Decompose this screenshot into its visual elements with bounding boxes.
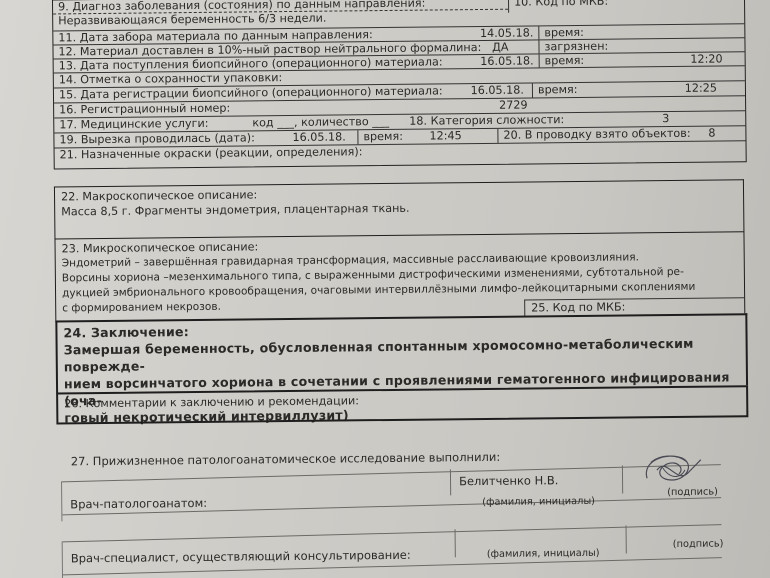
conclusion-section: 24. Заключение: Замершая беременность, о… [55,313,748,392]
handwritten-signature-icon [637,450,707,491]
field16-label: 16. Регистрационный номер: [59,102,230,117]
field17-code[interactable]: код ___, количество ___ [252,115,389,129]
field20-value[interactable]: 8 [708,127,715,140]
signature-role-1: Врач-патологоанатом: [70,496,207,511]
field13-time-value[interactable]: 12:20 [690,52,722,65]
field15-time-value[interactable]: 12:25 [685,82,717,95]
signature-row-consultant: Врач-специалист, осуществляющий консульт… [62,535,722,578]
signature-name-caption-1: (фамилия, инициалы) [482,496,595,508]
field20-label: 20. В проводку взято объектов: [503,127,690,142]
field26-label: 26. Комментарии к заключению и рекоменда… [64,389,740,411]
signature-row-pathologist: Врач-патологоанатом: Белитченко Н.В. (фа… [61,475,721,522]
field15-value[interactable]: 16.05.18. [470,84,524,98]
field10-label: 10. Код по МКБ: [514,0,608,9]
pathology-report-page: 9. Диагноз заболевания (состояния) по да… [0,0,770,578]
field19-label: 19. Вырезка проводилась (дата): [59,131,255,146]
header-fields-table: 9. Диагноз заболевания (состояния) по да… [52,0,747,169]
field19-time-value[interactable]: 12:45 [429,129,461,142]
signature-name-caption-2: (фамилия, инициалы) [487,548,600,560]
field19-time-label: время: [363,130,403,143]
field25-label: 25. Код по МКБ: [531,300,625,314]
field9-value[interactable]: Неразвивающаяся беременность 6/3 недели. [58,12,326,28]
field13-value[interactable]: 16.05.18. [480,54,534,68]
microscopic-section: 23. Микроскопическое описание: Эндометри… [54,231,745,320]
field17-label: 17. Медицинские услуги: [59,117,208,132]
field14-label: 14. Отметка о сохранности упаковки: [59,71,283,86]
field11-time-label: время: [544,26,584,39]
macroscopic-section: 22. Макроскопическое описание: Масса 8,5… [54,179,745,238]
field19-value[interactable]: 16.05.18. [292,130,346,144]
field12-side-label: загрязнен: [544,40,608,54]
field16-value[interactable]: 2729 [499,99,528,112]
field12-value[interactable]: ДА [492,41,509,54]
field18-value[interactable]: 3 [662,112,669,125]
signature-role-2: Врач-специалист, осуществляющий консульт… [71,548,411,566]
field21-label: 21. Назначенные окраски (реакции, опреде… [60,145,363,161]
field13-time-label: время: [545,54,585,67]
field15-time-label: время: [538,83,578,96]
signature-name-1[interactable]: Белитченко Н.В. [459,473,559,488]
signature-sign-caption-2: (подпись) [673,538,724,550]
field27-label: 27. Прижизненное патологоанатомическое и… [71,450,501,468]
field18-label: 18. Категория сложности: [409,113,564,128]
field11-value[interactable]: 14.05.18. [480,26,534,40]
